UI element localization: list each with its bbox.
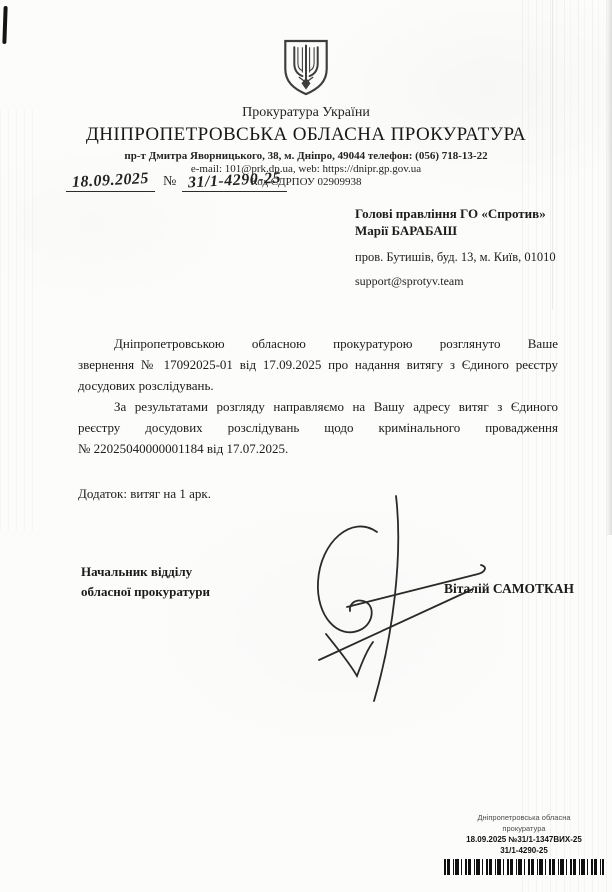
ukraine-trident-emblem xyxy=(279,38,333,103)
signer-position: Начальник відділу обласної прокуратури xyxy=(81,562,210,602)
stamp-outgoing-number: 31/1-4290-25 xyxy=(438,845,610,856)
stamp-registration-number: 18.09.2025 №31/1-1347ВИХ-25 xyxy=(438,834,610,845)
registration-stamp: Дніпропетровська обласна прокуратура 18.… xyxy=(438,812,610,875)
letterhead: Прокуратура України ДНІПРОПЕТРОВСЬКА ОБЛ… xyxy=(0,38,612,188)
addressee-title: Голові правління ГО «Спротив» xyxy=(355,205,590,222)
handwritten-signature xyxy=(292,494,502,709)
signer-position-line: обласної прокуратури xyxy=(81,582,210,602)
handwritten-number-slot: 31/1-4290-25 xyxy=(182,172,287,192)
letter-body: Дніпропетровською обласною прокуратурою … xyxy=(78,333,558,504)
paragraph-line: звернення № 17092025-01 від 17.09.2025 п… xyxy=(78,354,558,375)
handwritten-number: 31/1-4290-25 xyxy=(188,170,282,193)
barcode xyxy=(444,859,604,875)
stamp-org-line: Дніпропетровська обласна xyxy=(438,812,610,823)
agency-line: Прокуратура України xyxy=(0,105,612,121)
scanned-letter-page: Прокуратура України ДНІПРОПЕТРОВСЬКА ОБЛ… xyxy=(0,0,612,892)
addressee-address: пров. Бутишів, буд. 13, м. Київ, 01010 xyxy=(355,250,590,265)
addressee-email: support@sprotyv.team xyxy=(355,274,590,289)
addressee-name: Марії БАРАБАШ xyxy=(355,222,590,239)
paragraph-2: За результатами розгляду направляємо на … xyxy=(78,396,558,459)
handwritten-date-slot: 18.09.2025 xyxy=(66,172,155,192)
paragraph-line: № 22025040000001184 від 17.07.2025. xyxy=(78,438,558,459)
handwritten-date: 18.09.2025 xyxy=(72,170,150,192)
addressee-block: Голові правління ГО «Спротив» Марії БАРА… xyxy=(355,205,590,289)
paragraph-line: реєстру досудових розслідувань щодо крим… xyxy=(78,417,558,438)
paragraph-line: Дніпропетровською обласною прокуратурою … xyxy=(78,333,558,354)
signer-position-line: Начальник відділу xyxy=(81,562,210,582)
org-address-line: пр-т Дмитра Яворницького, 38, м. Дніпро,… xyxy=(0,150,612,162)
paragraph-line: досудових розслідувань. xyxy=(78,375,558,396)
organization-name: ДНІПРОПЕТРОВСЬКА ОБЛАСНА ПРОКУРАТУРА xyxy=(0,124,612,146)
paragraph-1: Дніпропетровською обласною прокуратурою … xyxy=(78,333,558,396)
signer-name: Віталій САМОТКАН xyxy=(444,581,574,597)
stamp-org-line: прокуратура xyxy=(438,823,610,834)
paragraph-line: За результатами розгляду направляємо на … xyxy=(78,396,558,417)
number-sign-label: № xyxy=(163,174,176,190)
reference-line: 18.09.2025 № 31/1-4290-25 xyxy=(66,172,287,192)
